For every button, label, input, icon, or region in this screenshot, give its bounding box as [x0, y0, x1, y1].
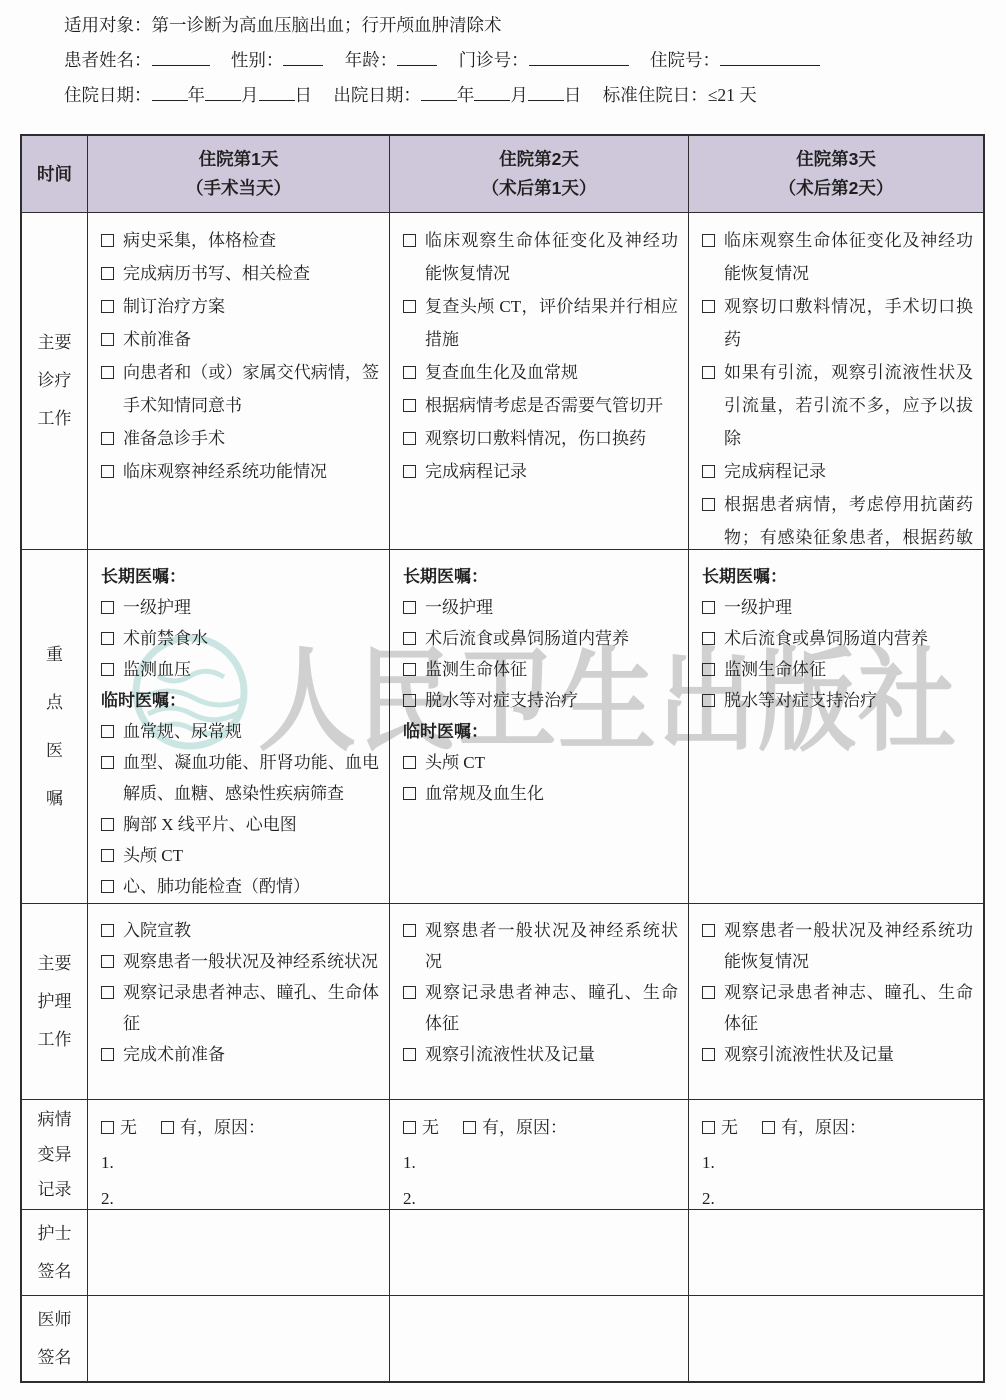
checklist-item: 血常规及血生化	[403, 778, 678, 809]
orders-heading: 长期医嘱：	[702, 561, 973, 592]
key-orders-label: 重 点 医 嘱	[22, 550, 87, 903]
item-text: 向患者和（或）家属交代病情，签手术知情同意书	[123, 356, 379, 422]
checkbox[interactable]	[702, 366, 715, 379]
item-text: 病史采集，体格检查	[123, 224, 379, 257]
checklist-item: 头颅 CT	[403, 747, 678, 778]
checkbox[interactable]	[702, 601, 715, 614]
main-nursing-row: 主要 护理 工作 入院宣教观察患者一般状况及神经系统状况观察记录患者神志、瞳孔、…	[22, 903, 983, 1099]
numbered-line: 1.	[702, 1145, 973, 1181]
variation-day3-cell: 无有，原因：1.2.	[688, 1100, 983, 1209]
checkbox[interactable]	[101, 632, 114, 645]
discharge-month-blank	[474, 86, 510, 101]
option-label: 无	[422, 1118, 439, 1137]
checklist-item: 术前准备	[101, 323, 379, 356]
item-text: 一级护理	[425, 592, 678, 623]
checkbox[interactable]	[101, 880, 114, 893]
numbered-line: 2.	[702, 1181, 973, 1209]
admission-no-blank	[720, 51, 820, 66]
checklist-item: 头颅 CT	[101, 840, 379, 871]
table-header-row: 时间 住院第1天 （手术当天） 住院第2天 （术后第1天） 住院第3天 （术后第…	[22, 136, 983, 212]
checkbox[interactable]	[101, 601, 114, 614]
item-text: 观察引流液性状及记量	[724, 1039, 973, 1070]
item-text: 监测血压	[123, 654, 379, 685]
main-treatment-day2-cell: 临床观察生命体征变化及神经功能恢复情况复查头颅 CT，评价结果并行相应措施复查血…	[389, 213, 688, 549]
checkbox[interactable]	[101, 986, 114, 999]
doctor-signature-label: 医师 签名	[22, 1296, 87, 1381]
item-text: 头颅 CT	[123, 840, 379, 871]
checkbox[interactable]	[403, 694, 416, 707]
item-text: 准备急诊手术	[123, 422, 379, 455]
item-text: 观察引流液性状及记量	[425, 1039, 678, 1070]
discharge-year-blank	[421, 86, 457, 101]
checklist-item: 监测生命体征	[403, 654, 678, 685]
day1-header-cell: 住院第1天 （手术当天）	[87, 136, 389, 212]
checkbox[interactable]	[101, 300, 114, 313]
checkbox[interactable]	[101, 465, 114, 478]
checklist-item: 完成病程记录	[702, 455, 973, 488]
checklist-item: 术前禁食水	[101, 623, 379, 654]
item-text: 完成病程记录	[724, 455, 973, 488]
standard-stay-value: ≤21 天	[708, 85, 757, 105]
checkbox[interactable]	[702, 663, 715, 676]
discharge-date-label: 出院日期：	[333, 85, 421, 105]
key-orders-row: 重 点 医 嘱 长期医嘱：一级护理术前禁食水监测血压临时医嘱：血常规、尿常规血型…	[22, 549, 983, 903]
checkbox[interactable]	[702, 632, 715, 645]
standard-stay-label: 标准住院日：	[603, 85, 708, 105]
doctor-signature-day3-cell[interactable]	[688, 1296, 983, 1381]
checkbox[interactable]	[403, 924, 416, 937]
checklist-item: 观察引流液性状及记量	[403, 1039, 678, 1070]
checkbox[interactable]	[702, 1121, 715, 1134]
item-text: 观察记录患者神志、瞳孔、生命体征	[123, 977, 379, 1039]
admission-date-label: 住院日期：	[64, 85, 152, 105]
item-text: 复查血生化及血常规	[425, 356, 678, 389]
dates-line: 住院日期：年月日 出院日期：年月日 标准住院日：≤21 天	[64, 78, 820, 113]
doctor-signature-day1-cell[interactable]	[87, 1296, 389, 1381]
item-text: 如果有引流，观察引流液性状及引流量，若引流不多，应予以拔除	[724, 356, 973, 455]
checkbox[interactable]	[101, 955, 114, 968]
variation-options: 无有，原因：	[403, 1111, 678, 1145]
doctor-signature-row: 医师 签名	[22, 1295, 983, 1381]
item-text: 一级护理	[724, 592, 973, 623]
variation-day1-cell: 无有，原因：1.2.	[87, 1100, 389, 1209]
checkbox[interactable]	[101, 818, 114, 831]
item-text: 一级护理	[123, 592, 379, 623]
option-label: 有，原因：	[180, 1118, 265, 1137]
item-text: 根据病情考虑是否需要气管切开	[425, 389, 678, 422]
outpatient-no-blank	[529, 51, 629, 66]
item-text: 术后流食或鼻饲肠道内营养	[724, 623, 973, 654]
item-text: 监测生命体征	[425, 654, 678, 685]
day1-subtitle: （手术当天）	[186, 174, 291, 203]
item-text: 临床观察生命体征变化及神经功能恢复情况	[724, 224, 973, 290]
orders-heading: 长期医嘱：	[101, 561, 379, 592]
orders-heading: 长期医嘱：	[403, 561, 678, 592]
numbered-line: 2.	[403, 1181, 678, 1209]
checkbox[interactable]	[403, 399, 416, 412]
key-orders-day1-cell: 长期医嘱：一级护理术前禁食水监测血压临时医嘱：血常规、尿常规血型、凝血功能、肝肾…	[87, 550, 389, 903]
main-nursing-day2-cell: 观察患者一般状况及神经系统状况观察记录患者神志、瞳孔、生命体征观察引流液性状及记…	[389, 904, 688, 1099]
item-text: 脱水等对症支持治疗	[724, 685, 973, 716]
checkbox[interactable]	[101, 924, 114, 937]
item-text: 脱水等对症支持治疗	[425, 685, 678, 716]
checkbox[interactable]	[702, 986, 715, 999]
item-text: 观察患者一般状况及神经系统状况	[425, 915, 678, 977]
checklist-item: 监测血压	[101, 654, 379, 685]
checklist-item: 完成病历书写、相关检查	[101, 257, 379, 290]
checklist-item: 准备急诊手术	[101, 422, 379, 455]
item-text: 观察患者一般状况及神经系统状况	[123, 946, 379, 977]
checklist-item: 观察记录患者神志、瞳孔、生命体征	[101, 977, 379, 1039]
outpatient-no-label: 门诊号：	[459, 50, 529, 70]
day3-title: 住院第3天	[796, 145, 876, 174]
checkbox[interactable]	[403, 787, 416, 800]
checklist-item: 完成术前准备	[101, 1039, 379, 1070]
item-text: 根据患者病情，考虑停用抗菌药物；有感染征象患者，根据药敏试验结果调整药物	[724, 488, 973, 549]
item-text: 血常规、尿常规	[123, 716, 379, 747]
discharge-day-blank	[528, 86, 564, 101]
patient-name-label: 患者姓名：	[64, 50, 152, 70]
main-treatment-day3-cell: 临床观察生命体征变化及神经功能恢复情况观察切口敷料情况，手术切口换药如果有引流，…	[688, 213, 983, 549]
main-nursing-day1-cell: 入院宣教观察患者一般状况及神经系统状况观察记录患者神志、瞳孔、生命体征完成术前准…	[87, 904, 389, 1099]
checkbox[interactable]	[702, 694, 715, 707]
checkbox[interactable]	[702, 465, 715, 478]
month-label: 月	[510, 85, 528, 105]
checklist-item: 观察切口敷料情况，手术切口换药	[702, 290, 973, 356]
orders-heading: 临时医嘱：	[101, 685, 379, 716]
item-text: 入院宣教	[123, 915, 379, 946]
checkbox[interactable]	[702, 300, 715, 313]
checkbox[interactable]	[702, 1048, 715, 1061]
checkbox[interactable]	[702, 234, 715, 247]
checkbox[interactable]	[101, 366, 114, 379]
key-orders-day3-cell: 长期医嘱：一级护理术后流食或鼻饲肠道内营养监测生命体征脱水等对症支持治疗	[688, 550, 983, 903]
checkbox[interactable]	[403, 366, 416, 379]
checkbox[interactable]	[101, 849, 114, 862]
checklist-item: 脱水等对症支持治疗	[403, 685, 678, 716]
applicable-scope-value: 第一诊断为高血压脑出血；行开颅血肿清除术	[152, 15, 502, 35]
checklist-item: 观察记录患者神志、瞳孔、生命体征	[403, 977, 678, 1039]
item-text: 心、肺功能检查（酌情）	[123, 871, 379, 902]
checkbox[interactable]	[101, 432, 114, 445]
checklist-item: 观察患者一般状况及神经系统功能恢复情况	[702, 915, 973, 977]
item-text: 术前禁食水	[123, 623, 379, 654]
checkbox[interactable]	[403, 234, 416, 247]
checklist-item: 根据患者病情，考虑停用抗菌药物；有感染征象患者，根据药敏试验结果调整药物	[702, 488, 973, 549]
orders-heading: 临时医嘱：	[403, 716, 678, 747]
month-label: 月	[241, 85, 259, 105]
checklist-item: 一级护理	[702, 592, 973, 623]
item-text: 监测生命体征	[724, 654, 973, 685]
day-label: 日	[295, 85, 313, 105]
nurse-signature-day2-cell[interactable]	[389, 1210, 688, 1295]
time-header-label: 时间	[37, 160, 72, 189]
item-text: 观察切口敷料情况，手术切口换药	[724, 290, 973, 356]
applicable-scope-label: 适用对象：	[64, 15, 152, 35]
checkbox[interactable]	[101, 1048, 114, 1061]
main-nursing-label: 主要 护理 工作	[22, 904, 87, 1099]
main-treatment-label: 主要 诊疗 工作	[22, 213, 87, 549]
checklist-item: 如果有引流，观察引流液性状及引流量，若引流不多，应予以拔除	[702, 356, 973, 455]
item-text: 术后流食或鼻饲肠道内营养	[425, 623, 678, 654]
checkbox[interactable]	[702, 924, 715, 937]
variation-options: 无有，原因：	[702, 1111, 973, 1145]
item-text: 血型、凝血功能、肝肾功能、血电解质、血糖、感染性疾病筛查	[123, 747, 379, 809]
checkbox[interactable]	[101, 663, 114, 676]
checklist-item: 复查血生化及血常规	[403, 356, 678, 389]
day-label: 日	[564, 85, 582, 105]
day2-title: 住院第2天	[499, 145, 579, 174]
checklist-item: 一级护理	[101, 592, 379, 623]
variation-day2-cell: 无有，原因：1.2.	[389, 1100, 688, 1209]
main-treatment-day1-cell: 病史采集，体格检查完成病历书写、相关检查制订治疗方案术前准备向患者和（或）家属交…	[87, 213, 389, 549]
checklist-item: 心、肺功能检查（酌情）	[101, 871, 379, 902]
item-text: 头颅 CT	[425, 747, 678, 778]
checkbox[interactable]	[101, 756, 114, 769]
checkbox[interactable]	[403, 300, 416, 313]
checkbox[interactable]	[101, 267, 114, 280]
main-nursing-day3-cell: 观察患者一般状况及神经系统功能恢复情况观察记录患者神志、瞳孔、生命体征观察引流液…	[688, 904, 983, 1099]
checklist-item: 脱水等对症支持治疗	[702, 685, 973, 716]
day1-title: 住院第1天	[199, 145, 279, 174]
checklist-item: 复查头颅 CT，评价结果并行相应措施	[403, 290, 678, 356]
item-text: 完成术前准备	[123, 1039, 379, 1070]
checklist-item: 观察记录患者神志、瞳孔、生命体征	[702, 977, 973, 1039]
checkbox[interactable]	[403, 632, 416, 645]
gender-blank	[283, 51, 323, 66]
main-treatment-row: 主要 诊疗 工作 病史采集，体格检查完成病历书写、相关检查制订治疗方案术前准备向…	[22, 212, 983, 549]
day3-header-cell: 住院第3天 （术后第2天）	[688, 136, 983, 212]
checklist-item: 病史采集，体格检查	[101, 224, 379, 257]
checklist-item: 血常规、尿常规	[101, 716, 379, 747]
age-blank	[397, 51, 437, 66]
checklist-item: 监测生命体征	[702, 654, 973, 685]
variation-record-label: 病情 变异 记录	[22, 1100, 87, 1209]
checklist-item: 临床观察生命体征变化及神经功能恢复情况	[403, 224, 678, 290]
checklist-item: 胸部 X 线平片、心电图	[101, 809, 379, 840]
item-text: 观察患者一般状况及神经系统功能恢复情况	[724, 915, 973, 977]
nurse-signature-label: 护士 签名	[22, 1210, 87, 1295]
variation-record-row: 病情 变异 记录 无有，原因：1.2. 无有，原因：1.2. 无有，原因：1.2…	[22, 1099, 983, 1209]
nurse-signature-day3-cell[interactable]	[688, 1210, 983, 1295]
variation-options: 无有，原因：	[101, 1111, 379, 1145]
item-text: 观察记录患者神志、瞳孔、生命体征	[724, 977, 973, 1039]
nurse-signature-row: 护士 签名	[22, 1209, 983, 1295]
item-text: 临床观察生命体征变化及神经功能恢复情况	[425, 224, 678, 290]
checkbox[interactable]	[463, 1121, 476, 1134]
checkbox[interactable]	[101, 1121, 114, 1134]
checklist-item: 根据病情考虑是否需要气管切开	[403, 389, 678, 422]
checklist-item: 术后流食或鼻饲肠道内营养	[702, 623, 973, 654]
checklist-item: 临床观察生命体征变化及神经功能恢复情况	[702, 224, 973, 290]
day2-header-cell: 住院第2天 （术后第1天）	[389, 136, 688, 212]
option-label: 有，原因：	[482, 1118, 567, 1137]
checklist-item: 观察患者一般状况及神经系统状况	[403, 915, 678, 977]
day3-subtitle: （术后第2天）	[779, 174, 894, 203]
item-text: 临床观察神经系统功能情况	[123, 455, 379, 488]
admission-day-blank	[259, 86, 295, 101]
checklist-item: 观察切口敷料情况，伤口换药	[403, 422, 678, 455]
item-text: 完成病程记录	[425, 455, 678, 488]
option-label: 无	[721, 1118, 738, 1137]
patient-info-line: 患者姓名： 性别： 年龄： 门诊号： 住院号：	[64, 43, 820, 78]
numbered-line: 1.	[403, 1145, 678, 1181]
item-text: 术前准备	[123, 323, 379, 356]
item-text: 复查头颅 CT，评价结果并行相应措施	[425, 290, 678, 356]
age-label: 年龄：	[345, 50, 398, 70]
item-text: 制订治疗方案	[123, 290, 379, 323]
option-label: 有，原因：	[781, 1118, 866, 1137]
checklist-item: 完成病程记录	[403, 455, 678, 488]
checklist-item: 向患者和（或）家属交代病情，签手术知情同意书	[101, 356, 379, 422]
checkbox[interactable]	[101, 234, 114, 247]
nurse-signature-day1-cell[interactable]	[87, 1210, 389, 1295]
doctor-signature-day2-cell[interactable]	[389, 1296, 688, 1381]
checkbox[interactable]	[403, 756, 416, 769]
checklist-item: 观察患者一般状况及神经系统状况	[101, 946, 379, 977]
key-orders-day2-cell: 长期医嘱：一级护理术后流食或鼻饲肠道内营养监测生命体征脱水等对症支持治疗临时医嘱…	[389, 550, 688, 903]
checklist-item: 一级护理	[403, 592, 678, 623]
checkbox[interactable]	[101, 725, 114, 738]
admission-year-blank	[152, 86, 188, 101]
applicable-scope-line: 适用对象：第一诊断为高血压脑出血；行开颅血肿清除术	[64, 8, 820, 43]
day2-subtitle: （术后第1天）	[482, 174, 597, 203]
checkbox[interactable]	[403, 432, 416, 445]
checkbox[interactable]	[403, 663, 416, 676]
option-label: 无	[120, 1118, 137, 1137]
numbered-line: 1.	[101, 1145, 379, 1181]
year-label: 年	[457, 85, 475, 105]
time-header-cell: 时间	[22, 136, 87, 212]
numbered-line: 2.	[101, 1181, 379, 1209]
item-text: 观察切口敷料情况，伤口换药	[425, 422, 678, 455]
item-text: 完成病历书写、相关检查	[123, 257, 379, 290]
checkbox[interactable]	[101, 333, 114, 346]
clinical-pathway-table: 时间 住院第1天 （手术当天） 住院第2天 （术后第1天） 住院第3天 （术后第…	[20, 134, 985, 1383]
checkbox[interactable]	[403, 465, 416, 478]
form-header: 适用对象：第一诊断为高血压脑出血；行开颅血肿清除术 患者姓名： 性别： 年龄： …	[64, 8, 820, 113]
checklist-item: 血型、凝血功能、肝肾功能、血电解质、血糖、感染性疾病筛查	[101, 747, 379, 809]
item-text: 血常规及血生化	[425, 778, 678, 809]
checklist-item: 临床观察神经系统功能情况	[101, 455, 379, 488]
year-label: 年	[188, 85, 206, 105]
checklist-item: 入院宣教	[101, 915, 379, 946]
item-text: 胸部 X 线平片、心电图	[123, 809, 379, 840]
checkbox[interactable]	[403, 1048, 416, 1061]
checkbox[interactable]	[161, 1121, 174, 1134]
checklist-item: 制订治疗方案	[101, 290, 379, 323]
admission-no-label: 住院号：	[650, 50, 720, 70]
item-text: 观察记录患者神志、瞳孔、生命体征	[425, 977, 678, 1039]
admission-month-blank	[205, 86, 241, 101]
checklist-item: 观察引流液性状及记量	[702, 1039, 973, 1070]
checkbox[interactable]	[403, 601, 416, 614]
checkbox[interactable]	[403, 1121, 416, 1134]
patient-name-blank	[152, 51, 210, 66]
gender-label: 性别：	[231, 50, 284, 70]
checkbox[interactable]	[762, 1121, 775, 1134]
checkbox[interactable]	[702, 498, 715, 511]
checklist-item: 术后流食或鼻饲肠道内营养	[403, 623, 678, 654]
checkbox[interactable]	[403, 986, 416, 999]
